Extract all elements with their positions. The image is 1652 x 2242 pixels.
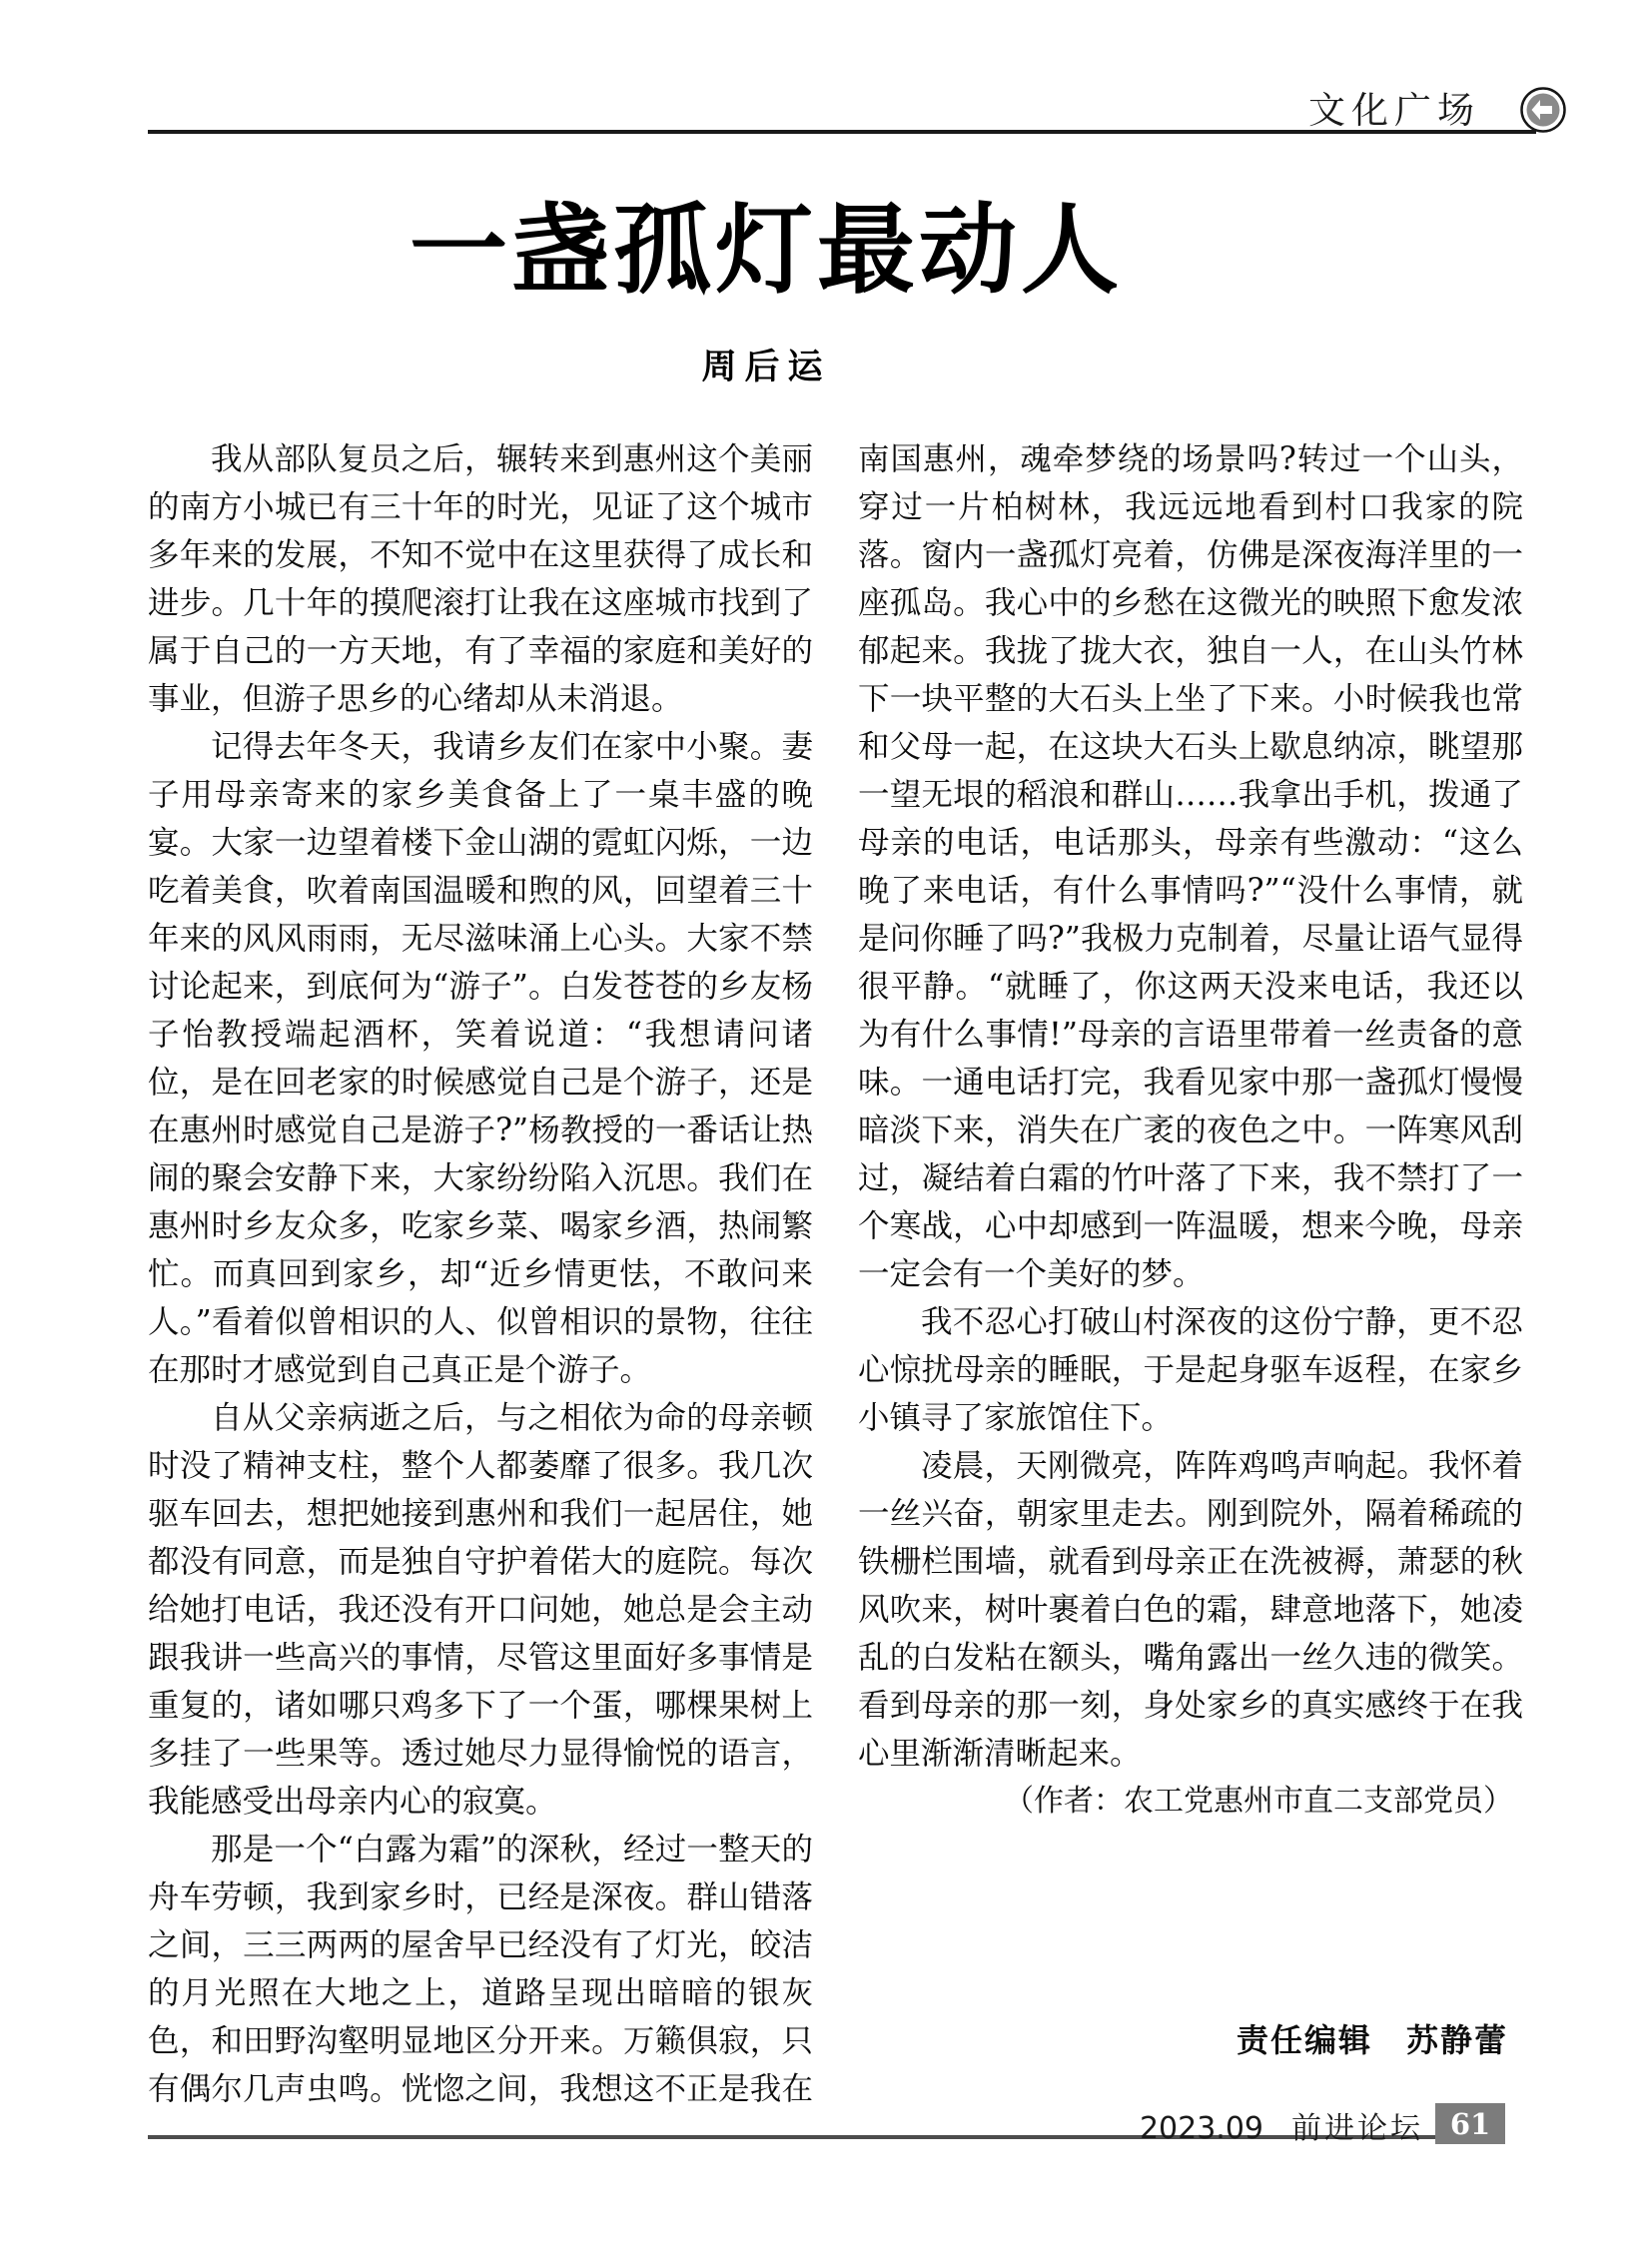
article-author: 周后运 [0,340,1592,389]
article-title: 一盏孤灯最动人 [0,172,1592,313]
page-number-badge: 61 [1435,2103,1505,2144]
section-label: 文化广场 [1308,80,1480,134]
issue-date: 2023.09 [1140,2111,1263,2146]
page-number: 61 [1450,2107,1490,2141]
paragraph: 我从部队复员之后，辗转来到惠州这个美丽的南方小城已有三十年的时光，见证了这个城市… [148,435,813,723]
magazine-page: 文化广场 一盏孤灯最动人 周后运 我从部队复员之后，辗转来到惠州这个美丽的南方小… [0,0,1652,2242]
paragraph: 我不忍心打破山村深夜的这份宁静，更不忍心惊扰母亲的睡眠，于是起身驱车返程，在家乡… [858,1298,1523,1442]
circled-left-arrow-icon [1519,86,1567,134]
journal-name: 前进论坛 [1291,2111,1423,2146]
responsible-editor: 责任编辑 苏静蕾 [1237,2015,1508,2061]
paragraph: 凌晨，天刚微亮，阵阵鸡鸣声响起。我怀着一丝兴奋，朝家里走去。刚到院外，隔着稀疏的… [858,1442,1523,1778]
footer-issue-line: 2023.09前进论坛 [1140,2103,1423,2147]
paragraph: 自从父亲病逝之后，与之相依为命的母亲顿时没了精神支柱，整个人都萎靡了很多。我几次… [148,1394,813,1826]
paragraph: 记得去年冬天，我请乡友们在家中小聚。妻子用母亲寄来的家乡美食备上了一桌丰盛的晚宴… [148,723,813,1394]
article-body: 我从部队复员之后，辗转来到惠州这个美丽的南方小城已有三十年的时光，见证了这个城市… [148,435,1523,2113]
author-attribution: （作者：农工党惠州市直二支部党员） [858,1778,1523,1826]
